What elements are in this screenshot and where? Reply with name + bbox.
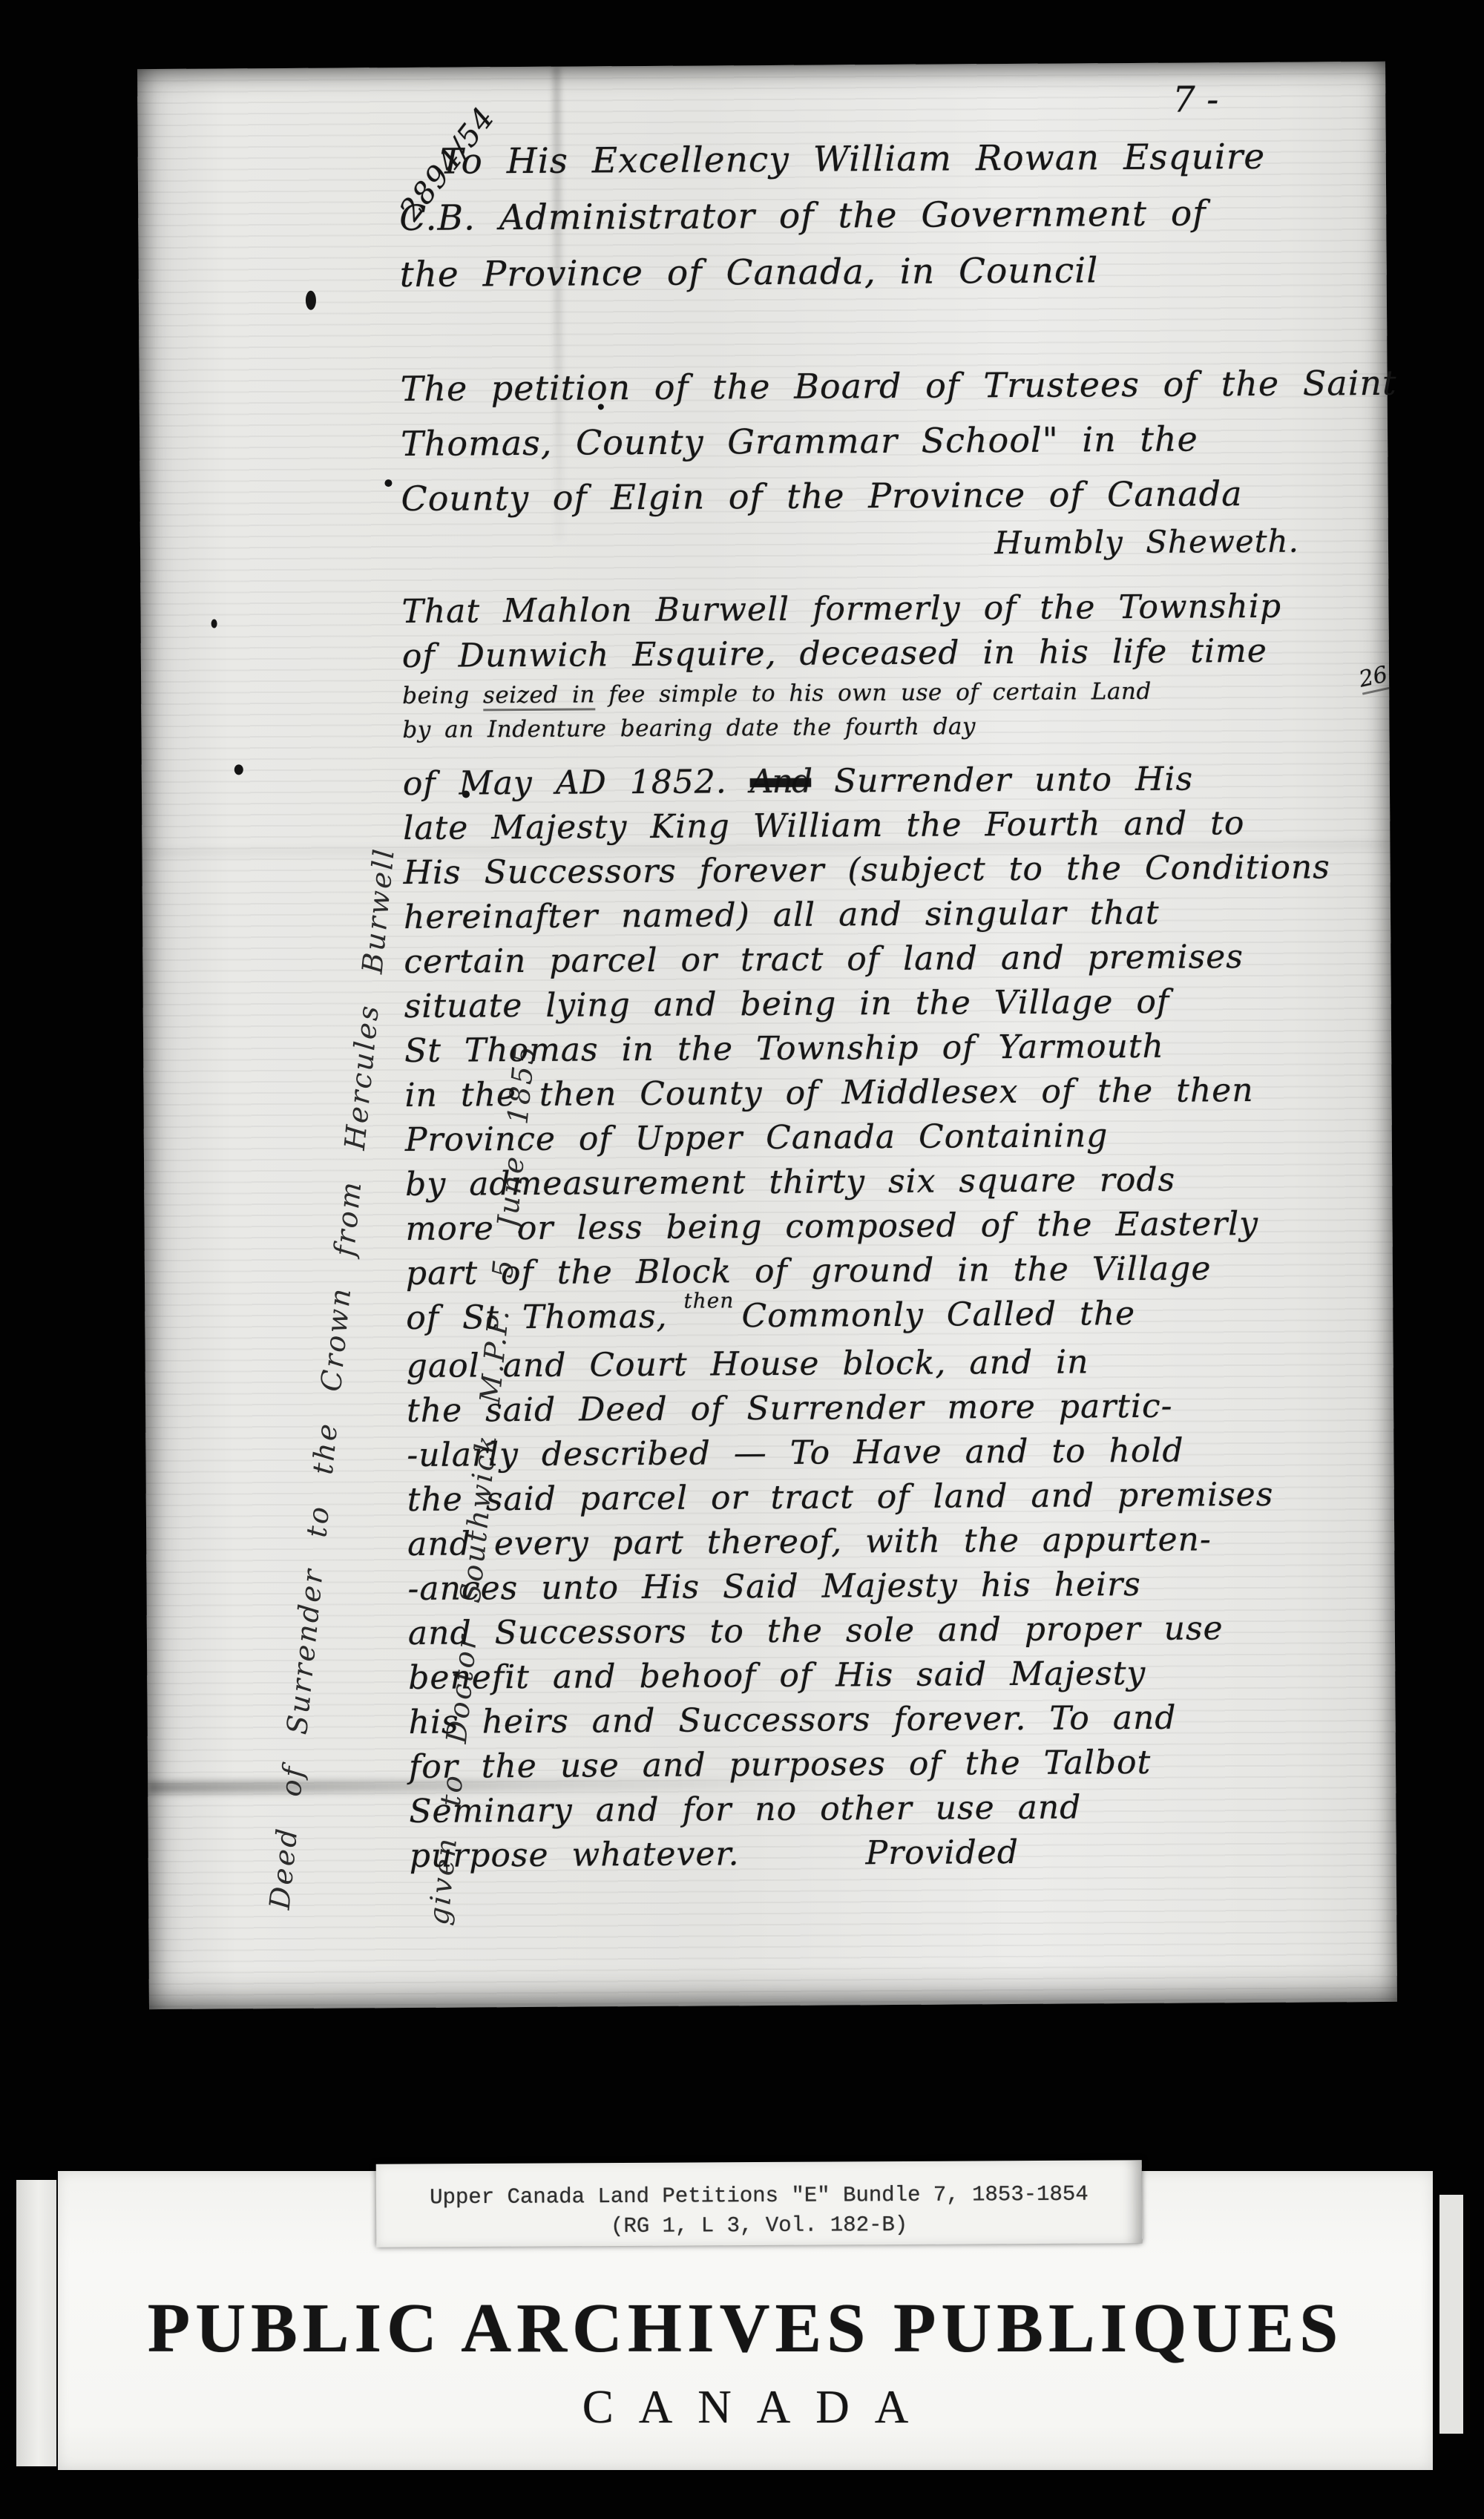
reference-label-line2: (RG 1, L 3, Vol. 182-B) bbox=[376, 2209, 1142, 2242]
text-segment: part of the Block of ground in the Villa… bbox=[406, 1249, 1212, 1293]
text-segment: and every part thereof, with the appurte… bbox=[407, 1520, 1212, 1563]
handwritten-line: the Province of Canada, in Council bbox=[400, 241, 1357, 303]
text-segment: To His Excellency William Rowan Esquire bbox=[440, 137, 1266, 183]
text-segment: his heirs and Successors forever. To and bbox=[408, 1699, 1176, 1741]
text-segment: And bbox=[750, 763, 812, 801]
text-segment: Seminary and for no other use and bbox=[409, 1788, 1081, 1830]
text-segment: by an Indenture bearing date the fourth … bbox=[402, 713, 976, 743]
text-segment: more or less being composed of the Easte… bbox=[405, 1205, 1258, 1248]
handwritten-line: purpose whatever.Provided bbox=[410, 1828, 1367, 1879]
text-segment: purpose whatever. bbox=[410, 1835, 740, 1875]
text-segment: of Dunwich Esquire, deceased in his life… bbox=[402, 632, 1267, 675]
text-segment: of May AD 1852. bbox=[403, 763, 750, 803]
text-segment: County of Elgin of the Province of Canad… bbox=[401, 473, 1242, 519]
text-segment: Provided bbox=[865, 1833, 1019, 1872]
handwritten-line: by admeasurement thirty six square rods bbox=[405, 1157, 1362, 1207]
handwritten-line: To His Excellency William Rowan Esquire bbox=[399, 128, 1356, 191]
handwritten-line: -ances unto His Said Majesty his heirs bbox=[407, 1561, 1365, 1612]
reference-label-line1: Upper Canada Land Petitions "E" Bundle 7… bbox=[376, 2179, 1142, 2213]
handwritten-line: the said parcel or tract of land and pre… bbox=[407, 1472, 1365, 1523]
handwritten-line: being seized in fee simple to his own us… bbox=[402, 673, 1359, 713]
handwritten-line: County of Elgin of the Province of Canad… bbox=[401, 465, 1358, 526]
film-edge-fragment bbox=[1439, 2195, 1463, 2434]
text-segment: situate lying and being in the Village o… bbox=[404, 983, 1170, 1025]
text-segment: benefit and behoof of His said Majesty bbox=[408, 1655, 1146, 1697]
handwritten-line: and every part thereof, with the appurte… bbox=[407, 1517, 1365, 1567]
text-segment: -ularly described — To Have and to hold bbox=[407, 1432, 1183, 1474]
text-segment: the said Deed of Surrender more partic- bbox=[407, 1387, 1173, 1430]
handwritten-line: his heirs and Successors forever. To and bbox=[408, 1695, 1365, 1745]
handwritten-line: part of the Block of ground in the Villa… bbox=[406, 1246, 1363, 1296]
text-segment: by admeasurement thirty six square rods bbox=[405, 1161, 1175, 1203]
text-segment: for the use and purposes of the Talbot bbox=[409, 1744, 1152, 1786]
text-segment: St Thomas in the Township of Yarmouth bbox=[404, 1028, 1164, 1070]
text-segment: The petition of the Board of Trustees of… bbox=[401, 363, 1397, 409]
handwritten-line: of Dunwich Esquire, deceased in his life… bbox=[402, 628, 1359, 679]
text-segment: Province of Upper Canada Containing bbox=[405, 1117, 1109, 1159]
handwritten-line: in the then County of Middlesex of the t… bbox=[404, 1068, 1362, 1118]
handwritten-line: Seminary and for no other use and bbox=[409, 1784, 1366, 1834]
text-segment: seized in bbox=[483, 681, 595, 711]
handwritten-line: certain parcel or tract of land and prem… bbox=[404, 934, 1361, 985]
text-segment: being bbox=[402, 682, 483, 709]
handwritten-line: and Successors to the sole and proper us… bbox=[408, 1606, 1365, 1656]
handwritten-line: C.B. Administrator of the Government of bbox=[399, 185, 1356, 247]
handwritten-line: for the use and purposes of the Talbot bbox=[409, 1739, 1366, 1790]
handwritten-line: the said Deed of Surrender more partic- bbox=[407, 1383, 1364, 1433]
microfilm-frame: 2894/54 7 - 26 Deed of Surrender to the … bbox=[0, 0, 1484, 2519]
petition-body-text: To His Excellency William Rowan EsquireC… bbox=[137, 62, 1397, 2009]
text-segment: C.B. Administrator of the Government of bbox=[399, 193, 1206, 239]
text-segment: then bbox=[683, 1278, 734, 1323]
archival-reference-label: Upper Canada Land Petitions "E" Bundle 7… bbox=[376, 2160, 1143, 2247]
text-segment: His Successors forever (subject to the C… bbox=[403, 848, 1330, 892]
text-segment: Humbly Sheweth. bbox=[994, 523, 1299, 562]
handwritten-line: of St Thomas,thenCommonly Called the bbox=[406, 1290, 1363, 1344]
text-segment: the said parcel or tract of land and pre… bbox=[407, 1476, 1274, 1519]
handwritten-line: Humbly Sheweth. bbox=[401, 520, 1359, 568]
handwritten-line: That Mahlon Burwell formerly of the Town… bbox=[401, 584, 1359, 634]
text-segment: gaol and Court House block, and in bbox=[407, 1343, 1089, 1385]
handwritten-line: by an Indenture bearing date the fourth … bbox=[402, 707, 1359, 747]
text-segment: of St Thomas, bbox=[406, 1298, 668, 1337]
text-segment: and Successors to the sole and proper us… bbox=[408, 1609, 1224, 1652]
handwritten-line: benefit and behoof of His said Majesty bbox=[408, 1650, 1365, 1701]
handwritten-line: Thomas, County Grammar School" in the bbox=[401, 410, 1358, 471]
text-segment: -ances unto His Said Majesty his heirs bbox=[407, 1566, 1141, 1608]
text-segment: in the then County of Middlesex of the t… bbox=[404, 1071, 1253, 1114]
film-edge-fragment bbox=[16, 2180, 56, 2466]
text-segment: certain parcel or tract of land and prem… bbox=[404, 938, 1244, 981]
petition-page: 2894/54 7 - 26 Deed of Surrender to the … bbox=[137, 62, 1397, 2009]
handwritten-line: situate lying and being in the Village o… bbox=[404, 979, 1362, 1029]
handwritten-line: -ularly described — To Have and to hold bbox=[407, 1428, 1364, 1478]
text-segment: hereinafter named) all and singular that bbox=[404, 894, 1160, 936]
text-segment: That Mahlon Burwell formerly of the Town… bbox=[401, 588, 1281, 631]
handwritten-line: His Successors forever (subject to the C… bbox=[403, 845, 1360, 896]
text-segment: fee simple to his own use of certain Lan… bbox=[595, 678, 1152, 709]
handwritten-line: late Majesty King William the Fourth and… bbox=[403, 801, 1360, 851]
handwritten-line: The petition of the Board of Trustees of… bbox=[400, 355, 1357, 416]
text-segment: the Province of Canada, in Council bbox=[400, 250, 1099, 295]
text-segment: Commonly Called the bbox=[741, 1295, 1135, 1335]
text-segment: late Majesty King William the Fourth and… bbox=[403, 804, 1244, 847]
text-segment: Surrender unto His bbox=[811, 760, 1193, 800]
handwritten-line: more or less being composed of the Easte… bbox=[405, 1201, 1362, 1252]
handwritten-line: St Thomas in the Township of Yarmouth bbox=[404, 1023, 1362, 1074]
handwritten-line: gaol and Court House block, and in bbox=[407, 1339, 1364, 1389]
archives-country: CANADA bbox=[58, 2380, 1433, 2434]
handwritten-line: of May AD 1852. And Surrender unto His bbox=[403, 756, 1360, 807]
handwritten-line: hereinafter named) all and singular that bbox=[404, 890, 1361, 940]
handwritten-line: Province of Upper Canada Containing bbox=[405, 1112, 1362, 1163]
text-segment: Thomas, County Grammar School" in the bbox=[401, 418, 1198, 464]
archives-title: PUBLIC ARCHIVES PUBLIQUES bbox=[58, 2288, 1433, 2368]
